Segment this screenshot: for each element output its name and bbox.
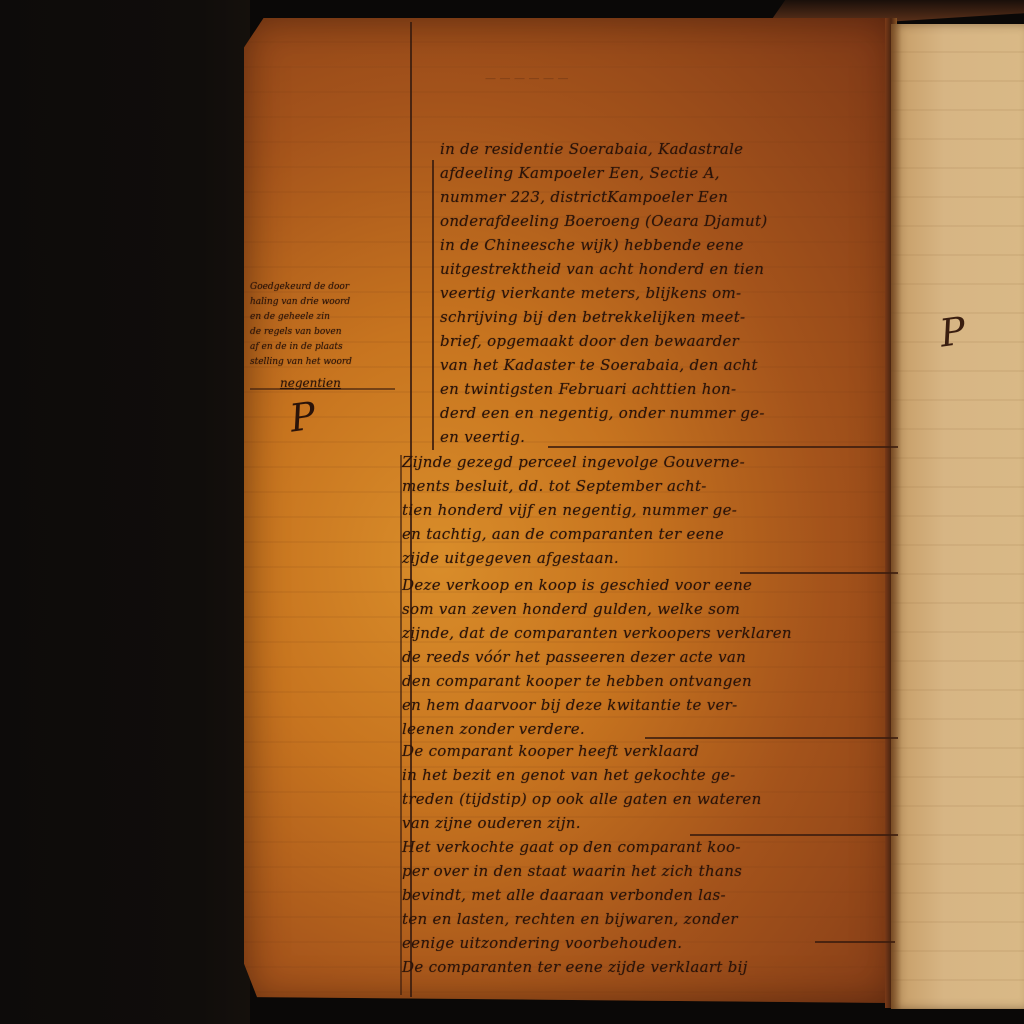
deed-line: leenen zonder verdere.	[402, 720, 585, 738]
deed-line: in het bezit en genot van het gekochte g…	[402, 766, 735, 784]
deed-line: som van zeven honderd gulden, welke som	[402, 600, 740, 618]
deed-line: tien honderd vijf en negentig, nummer ge…	[402, 501, 737, 519]
deed-line: en hem daarvoor bij deze kwitantie te ve…	[402, 696, 738, 714]
deed-line: in de Chineesche wijk) hebbende eene	[440, 236, 744, 254]
paraph-signature-right: P	[937, 308, 968, 355]
deed-line: uitgestrektheid van acht honderd en tien	[440, 260, 764, 278]
section-rule	[740, 572, 898, 574]
section-rule	[690, 834, 898, 836]
section-rule	[645, 737, 898, 739]
margin-note-line: Goedgekeurd de door	[250, 282, 349, 292]
paraph-signature: P	[287, 393, 318, 440]
margin-note-line: af en de in de plaats	[250, 342, 343, 352]
deed-line: zijnde, dat de comparanten verkoopers ve…	[402, 624, 792, 642]
margin-note-line: stelling van het woord	[250, 357, 352, 367]
deed-line: eenige uitzondering voorbehouden.	[402, 934, 682, 952]
deed-line: treden (tijdstip) op ook alle gaten en w…	[402, 790, 762, 808]
deed-line: zijde uitgegeven afgestaan.	[402, 549, 619, 567]
deed-line: De comparant kooper heeft verklaard	[402, 742, 699, 760]
margin-note-line: en de geheele zin	[250, 312, 330, 322]
deed-line: De comparanten ter eene zijde verklaart …	[402, 958, 748, 976]
deed-line: Deze verkoop en koop is geschied voor ee…	[402, 576, 752, 594]
section-rule	[815, 941, 895, 943]
margin-note-line: haling van drie woord	[250, 297, 350, 307]
deed-line: en twintigsten Februari achttien hon-	[440, 380, 736, 398]
section-rule	[548, 446, 898, 448]
deed-line: onderafdeeling Boeroeng (Oeara Djamut)	[440, 212, 768, 230]
deed-line: bevindt, met alle daaraan verbonden las-	[402, 886, 726, 904]
deed-line: en tachtig, aan de comparanten ter eene	[402, 525, 724, 543]
deed-line: van het Kadaster te Soerabaia, den acht	[440, 356, 758, 374]
margin-note-line: de regels van boven	[250, 327, 342, 337]
deed-line: van zijne ouderen zijn.	[402, 814, 581, 832]
faint-header-text: — — — — — —	[485, 72, 568, 85]
deed-line: veertig vierkante meters, blijkens om-	[440, 284, 741, 302]
deed-line: den comparant kooper te hebben ontvangen	[402, 672, 752, 690]
dark-background	[0, 0, 250, 1024]
deed-line: schrijving bij den betrekkelijken meet-	[440, 308, 745, 326]
deed-line: brief, opgemaakt door den bewaarder	[440, 332, 739, 350]
deed-line: de reeds vóór het passeeren dezer acte v…	[402, 648, 746, 666]
deed-line: Het verkochte gaat op den comparant koo-	[402, 838, 741, 856]
deed-line: en veertig.	[440, 428, 525, 446]
right-page	[891, 24, 1024, 1009]
deed-line: per over in den staat waarin het zich th…	[402, 862, 742, 880]
deed-line: in de residentie Soerabaia, Kadastrale	[440, 140, 743, 158]
deed-line: derd een en negentig, onder nummer ge-	[440, 404, 765, 422]
deed-line: ten en lasten, rechten en bijwaren, zond…	[402, 910, 738, 928]
margin-note-emphasis: negentien	[280, 376, 341, 390]
deed-line: Zijnde gezegd perceel ingevolge Gouverne…	[402, 453, 745, 471]
inner-block-rule	[432, 160, 434, 450]
deed-line: ments besluit, dd. tot September acht-	[402, 477, 707, 495]
deed-line: afdeeling Kampoeler Een, Sectie A,	[440, 164, 720, 182]
deed-line: nummer 223, districtKampoeler Een	[440, 188, 728, 206]
